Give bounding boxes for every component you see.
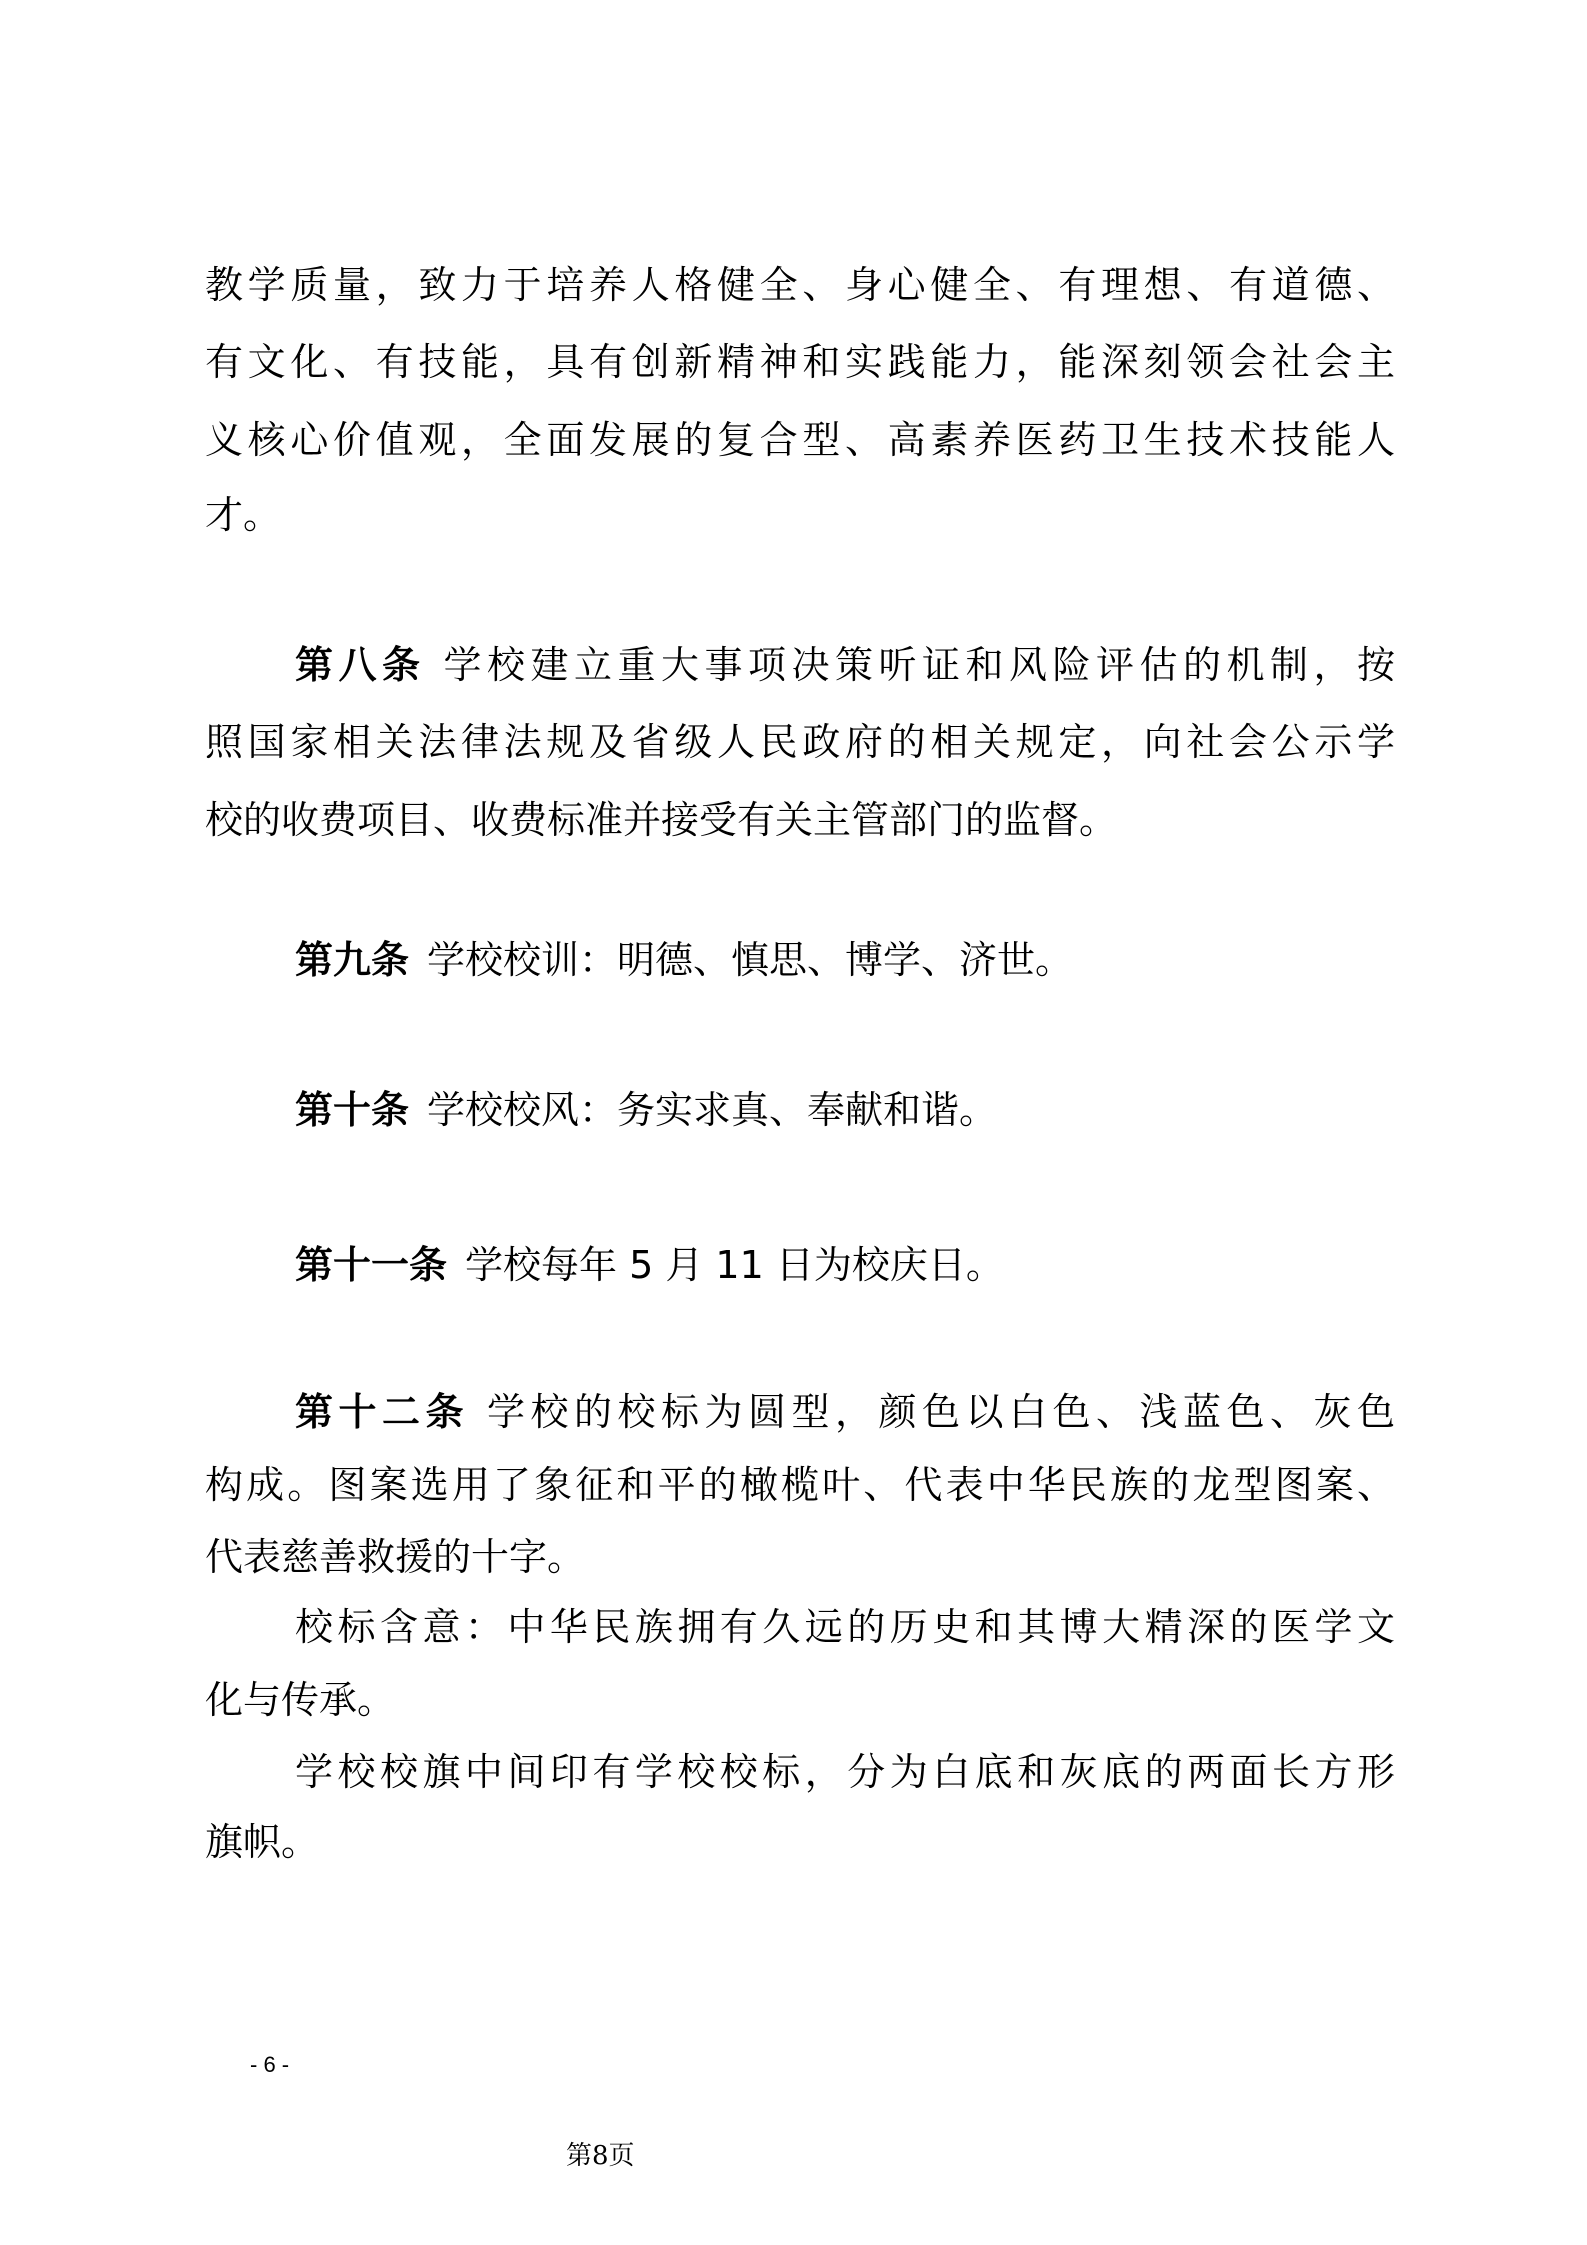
article-8: 第八条学校建立重大事项决策听证和风险评估的机制，按 — [295, 640, 1395, 690]
document-page: 教学质量，致力于培养人格健全、身心健全、有理想、有道德、 有文化、有技能，具有创… — [0, 0, 1587, 2245]
text-line: 才。 — [205, 490, 1395, 540]
article-heading: 第十条 — [295, 1088, 409, 1132]
text-line: 学校校旗中间印有学校校标，分为白底和灰底的两面长方形 — [295, 1747, 1395, 1797]
article-12: 第十二条学校的校标为圆型，颜色以白色、浅蓝色、灰色 — [295, 1387, 1395, 1437]
text-line: 化与传承。 — [205, 1675, 1395, 1725]
page-number: - 6 - — [250, 2052, 289, 2078]
text-line: 学校校训：明德、慎思、博学、济世。 — [427, 938, 1073, 982]
text-line: 校的收费项目、收费标准并接受有关主管部门的监督。 — [205, 795, 1395, 845]
article-10: 第十条学校校风：务实求真、奉献和谐。 — [295, 1085, 1395, 1135]
article-11: 第十一条学校每年 5 月 11 日为校庆日。 — [295, 1240, 1395, 1290]
text-line: 有文化、有技能，具有创新精神和实践能力，能深刻领会社会主 — [205, 337, 1395, 387]
article-heading: 第十二条 — [295, 1390, 469, 1434]
article-heading: 第八条 — [295, 643, 426, 687]
text-line: 义核心价值观，全面发展的复合型、高素养医药卫生技术技能人 — [205, 415, 1395, 465]
text-line: 校标含意：中华民族拥有久远的历史和其博大精深的医学文 — [295, 1602, 1395, 1652]
article-heading: 第十一条 — [295, 1243, 447, 1287]
page-footer: 第8页 — [566, 2135, 635, 2172]
text-line: 旗帜。 — [205, 1817, 1395, 1867]
text-line: 学校每年 5 月 11 日为校庆日。 — [465, 1243, 1004, 1287]
text-line: 教学质量，致力于培养人格健全、身心健全、有理想、有道德、 — [205, 260, 1395, 310]
text-line: 照国家相关法律法规及省级人民政府的相关规定，向社会公示学 — [205, 717, 1395, 767]
article-9: 第九条学校校训：明德、慎思、博学、济世。 — [295, 935, 1395, 985]
text-line: 代表慈善救援的十字。 — [205, 1532, 1395, 1582]
text-line: 学校校风：务实求真、奉献和谐。 — [427, 1088, 997, 1132]
text-line: 学校的校标为圆型，颜色以白色、浅蓝色、灰色 — [487, 1390, 1395, 1434]
article-heading: 第九条 — [295, 938, 409, 982]
text-line: 学校建立重大事项决策听证和风险评估的机制，按 — [444, 643, 1395, 687]
text-line: 构成。图案选用了象征和平的橄榄叶、代表中华民族的龙型图案、 — [205, 1460, 1395, 1510]
